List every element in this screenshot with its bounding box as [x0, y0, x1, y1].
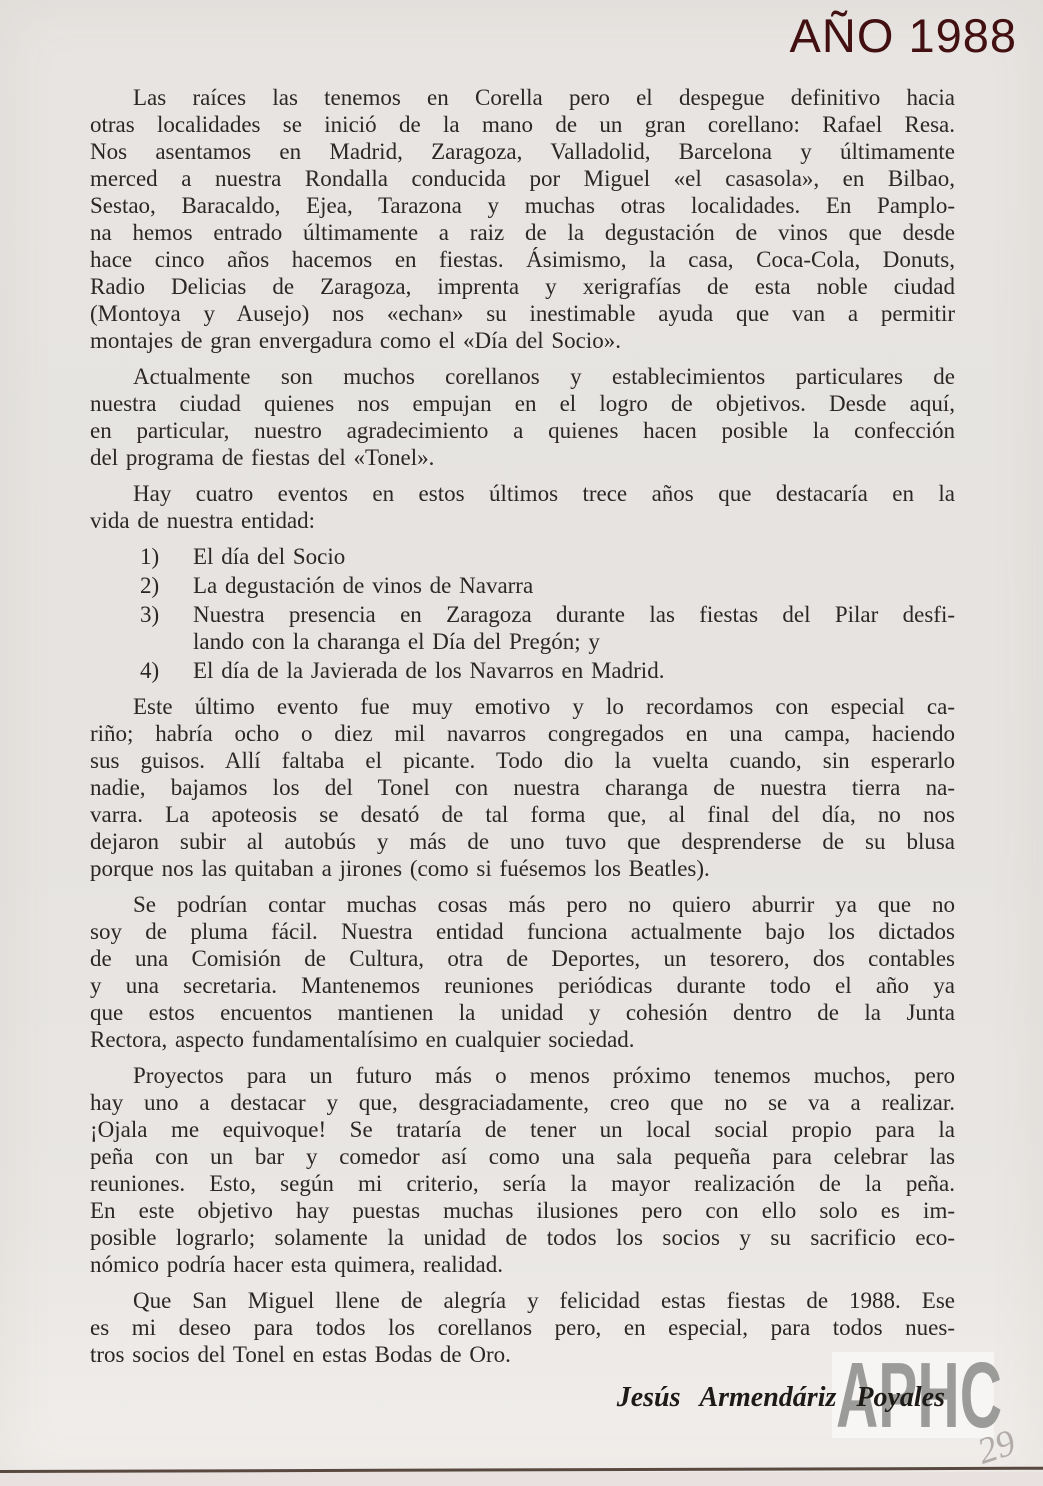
text-line: (Montoya y Ausejo) nos «echan» su inesti… [90, 300, 955, 327]
text-line: nadie, bajamos los del Tonel con nuestra… [90, 774, 955, 801]
paragraph: Se podrían contar muchas cosas más pero … [90, 891, 955, 1053]
text-line: tros socios del Tonel en estas Bodas de … [90, 1341, 955, 1368]
text-line: Las raíces las tenemos en Corella pero e… [90, 84, 955, 111]
text-line: na hemos entrado últimamente a raiz de l… [90, 219, 955, 246]
text-line: vida de nuestra entidad: [90, 507, 955, 534]
text-line: hay uno a destacar y que, desgraciadamen… [90, 1089, 955, 1116]
list-item-text: El día de la Javierada de los Navarros e… [193, 657, 955, 684]
list-item-text: Nuestra presencia en Zaragoza durante la… [193, 601, 955, 655]
text-line: El día del Socio [193, 543, 955, 570]
text-line: es mi deseo para todos los corellanos pe… [90, 1314, 955, 1341]
text-line: porque nos las quitaban a jirones (como … [90, 855, 955, 882]
text-line: Radio Delicias de Zaragoza, imprenta y x… [90, 273, 955, 300]
text-line: peña con un bar y comedor así como una s… [90, 1143, 955, 1170]
text-line: Sestao, Baracaldo, Ejea, Tarazona y much… [90, 192, 955, 219]
paragraph: Este último evento fue muy emotivo y lo … [90, 693, 955, 882]
text-line: merced a nuestra Rondalla conducida por … [90, 165, 955, 192]
text-line: soy de pluma fácil. Nuestra entidad func… [90, 918, 955, 945]
text-line: reuniones. Esto, según mi criterio, serí… [90, 1170, 955, 1197]
paragraph: Que San Miguel llene de alegría y felici… [90, 1287, 955, 1368]
list-item-number: 3) [140, 601, 193, 655]
text-line: Hay cuatro eventos en estos últimos trec… [90, 480, 955, 507]
paragraph: Hay cuatro eventos en estos últimos trec… [90, 480, 955, 534]
document-body: Las raíces las tenemos en Corella pero e… [0, 84, 1043, 1411]
text-line: nuestra ciudad quienes nos empujan en el… [90, 390, 955, 417]
signature: Jesús Armendáriz Poyales [90, 1384, 945, 1411]
list-item-text: La degustación de vinos de Navarra [193, 572, 955, 599]
text-line: que estos encuentos mantienen la unidad … [90, 999, 955, 1026]
text-line: Nos asentamos en Madrid, Zaragoza, Valla… [90, 138, 955, 165]
text-line: lando con la charanga el Día del Pregón;… [193, 628, 955, 655]
list-item-number: 1) [140, 543, 193, 570]
text-line: Nuestra presencia en Zaragoza durante la… [193, 601, 955, 628]
text-line: El día de la Javierada de los Navarros e… [193, 657, 955, 684]
text-line: Proyectos para un futuro más o menos pró… [90, 1062, 955, 1089]
text-line: varra. La apoteosis se desató de tal for… [90, 801, 955, 828]
paragraph: Proyectos para un futuro más o menos pró… [90, 1062, 955, 1278]
text-line: Este último evento fue muy emotivo y lo … [90, 693, 955, 720]
text-line: En este objetivo hay puestas muchas ilus… [90, 1197, 955, 1224]
text-line: Se podrían contar muchas cosas más pero … [90, 891, 955, 918]
scanned-page: AÑO 1988 Las raíces las tenemos en Corel… [0, 0, 1043, 1486]
text-line: dejaron subir al autobús y más de uno tu… [90, 828, 955, 855]
paragraph: Las raíces las tenemos en Corella pero e… [90, 84, 955, 354]
list-item: 4)El día de la Javierada de los Navarros… [90, 657, 955, 684]
text-line: Actualmente son muchos corellanos y esta… [90, 363, 955, 390]
list-item-number: 2) [140, 572, 193, 599]
numbered-list: 1)El día del Socio2)La degustación de vi… [90, 543, 955, 684]
list-item-text: El día del Socio [193, 543, 955, 570]
text-line: posible lograrlo; solamente la unidad de… [90, 1224, 955, 1251]
text-line: del programa de fiestas del «Tonel». [90, 444, 955, 471]
text-line: de una Comisión de Cultura, otra de Depo… [90, 945, 955, 972]
text-line: riño; habría ocho o diez mil navarros co… [90, 720, 955, 747]
list-item: 3)Nuestra presencia en Zaragoza durante … [90, 601, 955, 655]
list-item-number: 4) [140, 657, 193, 684]
text-line: hace cinco años hacemos en fiestas. Ásim… [90, 246, 955, 273]
text-line: nómico podría hacer esta quimera, realid… [90, 1251, 955, 1278]
text-line: Que San Miguel llene de alegría y felici… [90, 1287, 955, 1314]
scan-background-strip [0, 1472, 1043, 1486]
page-title: AÑO 1988 [790, 8, 1017, 63]
text-line: Rectora, aspecto fundamentalísimo en cua… [90, 1026, 955, 1053]
list-item: 1)El día del Socio [90, 543, 955, 570]
text-line: sus guisos. Allí faltaba el picante. Tod… [90, 747, 955, 774]
text-line: La degustación de vinos de Navarra [193, 572, 955, 599]
text-line: en particular, nuestro agradecimiento a … [90, 417, 955, 444]
text-line: y una secretaria. Mantenemos reuniones p… [90, 972, 955, 999]
text-line: otras localidades se inició de la mano d… [90, 111, 955, 138]
text-line: ¡Ojala me equivoque! Se trataría de tene… [90, 1116, 955, 1143]
paragraph: Actualmente son muchos corellanos y esta… [90, 363, 955, 471]
list-item: 2)La degustación de vinos de Navarra [90, 572, 955, 599]
text-line: montajes de gran envergadura como el «Dí… [90, 327, 955, 354]
page-number-pencil: 29 [972, 1421, 1020, 1473]
